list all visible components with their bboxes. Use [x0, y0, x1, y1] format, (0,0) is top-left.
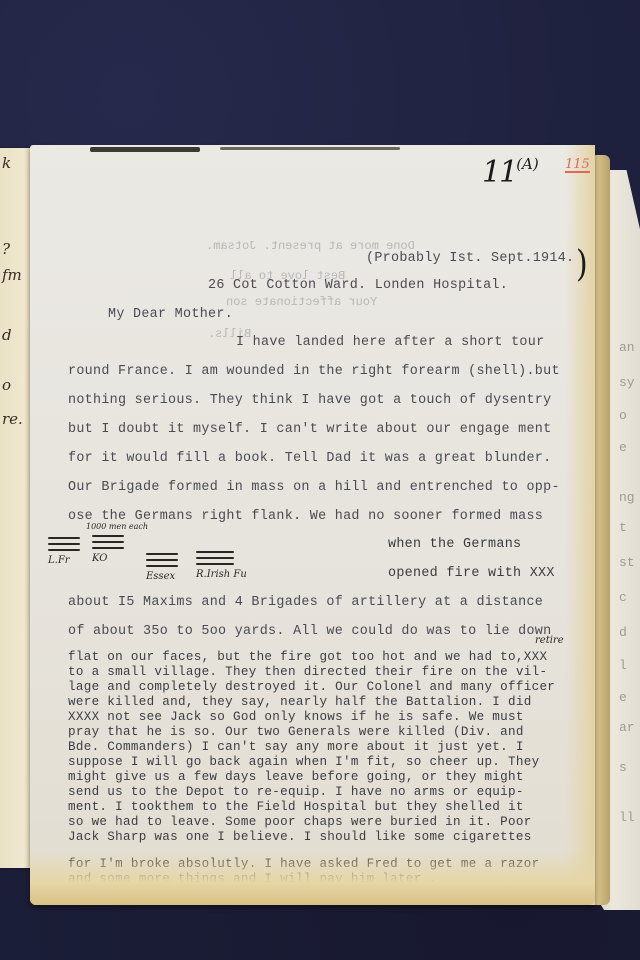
folio-suffix: (A): [516, 155, 539, 173]
underlying-sheet-fragment: o: [619, 408, 627, 423]
underlying-sheet-fragment: st: [619, 555, 635, 570]
underlying-sheet-fragment: ar: [619, 720, 635, 735]
underlying-sheet-fragment: d: [619, 625, 627, 640]
diagram-caption: 1000 men each: [86, 522, 148, 531]
body-line: to a small village. They then directed t…: [68, 665, 547, 679]
diagram-label: KO: [92, 553, 124, 564]
body-line: so we had to leave. Some poor chaps were…: [68, 815, 532, 829]
underlying-sheet-fragment: c: [619, 590, 627, 605]
body-line: when the Germans: [388, 537, 521, 552]
body-line: lage and completely destroyed it. Our Co…: [68, 680, 555, 694]
body-line: of about 35o to 5oo yards. All we could …: [68, 624, 551, 639]
folio-number-text: 11: [482, 155, 516, 190]
left-page-fragment: fm: [2, 266, 22, 284]
address-line: 26 Cot Cotton Ward. Londen Hospital.: [208, 278, 508, 293]
underlying-sheet-fragment: ng: [619, 490, 635, 505]
red-archival-mark: 115: [565, 159, 590, 173]
diagram-block-essex: Essex: [146, 549, 178, 582]
body-line: were killed and, they say, nearly half t…: [68, 695, 532, 709]
body-line: suppose I will go back again when I'm fi…: [68, 755, 539, 769]
diagram-block-ko: KO: [92, 531, 124, 564]
left-page-fragment: d: [2, 326, 12, 344]
underlying-sheet-fragment: l: [619, 658, 627, 673]
diagram-label: L.Fr: [48, 555, 80, 566]
underlying-sheet-fragment: sy: [619, 375, 635, 390]
salutation: My Dear Mother.: [108, 307, 233, 322]
edge-stain: [220, 147, 400, 150]
underlying-sheet-fragment: e: [619, 690, 627, 705]
left-page-fragment: ?: [2, 240, 10, 258]
body-line: send us to the Depot to re-equip. I have…: [68, 785, 524, 799]
bleed-through-text: Your affectionate son: [226, 295, 377, 309]
underlying-sheet-fragment: s: [619, 760, 627, 775]
folio-number: 11(A): [482, 155, 539, 190]
body-line: ment. I tookthem to the Field Hospital b…: [68, 800, 524, 814]
body-line: XXXX not see Jack so God only knows if h…: [68, 710, 524, 724]
body-line: Bde. Commanders) I can't say any more ab…: [68, 740, 524, 754]
left-page-fragment: o: [2, 376, 11, 394]
body-line: but I doubt it myself. I can't write abo…: [68, 422, 551, 437]
underlying-sheet-fragment: t: [619, 520, 627, 535]
diagram-label: Essex: [146, 571, 178, 582]
underlying-sheet-fragment: e: [619, 440, 627, 455]
body-line: for it would fill a book. Tell Dad it wa…: [68, 451, 551, 466]
body-line: nothing serious. They think I have got a…: [68, 393, 551, 408]
body-line: I have landed here after a short tour: [236, 335, 544, 350]
body-line: might give us a few days leave before go…: [68, 770, 524, 784]
body-line: opened fire with XXX: [388, 566, 555, 581]
letter-page: 11(A) 115 Done more at present. Jotsam. …: [30, 145, 595, 905]
handwritten-paren: ): [576, 244, 588, 286]
left-page-fragment: k: [2, 154, 11, 172]
closing-line: and some more things and I will pay him …: [68, 872, 437, 886]
body-line: about I5 Maxims and 4 Brigades of artill…: [68, 595, 543, 610]
edge-stain: [90, 147, 200, 152]
diagram-block-rirish: R.Irish Fu: [196, 547, 234, 580]
closing-line: for I'm broke absolutly. I have asked Fr…: [68, 857, 539, 871]
body-line: flat on our faces, but the fire got too …: [68, 650, 547, 664]
date-note: (Probably Ist. Sept.1914.: [366, 251, 574, 266]
body-line: pray that he is so. Our two Generals wer…: [68, 725, 524, 739]
underlying-sheet-fragment: ll: [619, 810, 635, 825]
diagram-label: R.Irish Fu: [196, 569, 234, 580]
handwritten-insertion: retire: [535, 635, 564, 646]
body-line: Jack Sharp was one I believe. I should l…: [68, 830, 532, 844]
body-line: Our Brigade formed in mass on a hill and…: [68, 480, 560, 495]
underlying-sheet-fragment: an: [619, 340, 635, 355]
left-page-fragment: re.: [2, 410, 23, 428]
diagram-block-lfr: L.Fr: [48, 533, 80, 566]
body-line: round France. I am wounded in the right …: [68, 364, 560, 379]
